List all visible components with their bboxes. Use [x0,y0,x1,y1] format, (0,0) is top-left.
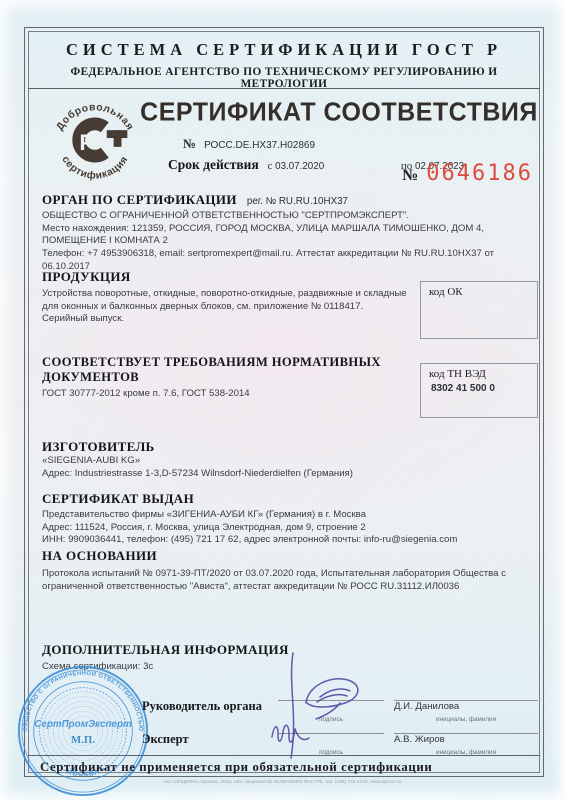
numero-sign: № [183,136,196,151]
expert-name: А.В. Жиров [394,734,445,745]
section-production: ПРОДУКЦИЯ Устройства поворотные, откидны… [42,269,410,326]
head-name-caption: инициалы, фамилия [394,716,538,723]
tnved-code-value: 8302 41 500 0 [421,380,537,394]
rst-logo-icon: Добровольная сертификация Р [46,90,144,190]
masthead-divider [28,88,540,89]
head-name-line [394,700,538,701]
conformity-title: СООТВЕТСТВУЕТ ТРЕБОВАНИЯМ НОРМАТИВНЫХ ДО… [42,355,410,385]
expert-name-line [394,733,538,734]
manufacturer-title: ИЗГОТОВИТЕЛЬ [42,439,538,455]
organ-title: ОРГАН ПО СЕРТИФИКАЦИИ [42,192,237,208]
tnved-code-label: код ТН ВЭД [421,364,537,380]
head-signature-line [278,700,384,701]
section-conformity: СООТВЕТСТВУЕТ ТРЕБОВАНИЯМ НОРМАТИВНЫХ ДО… [42,355,410,401]
additional-title: ДОПОЛНИТЕЛЬНАЯ ИНФОРМАЦИЯ [42,642,538,658]
stamp-org-name: СертПромЭксперт [34,719,132,730]
production-title: ПРОДУКЦИЯ [42,269,410,285]
footer-divider [28,755,540,756]
blank-imprint: АО «ОПЦИОН», Москва, 2018, «В», лицензия… [113,779,452,784]
basis-title: НА ОСНОВАНИИ [42,548,538,564]
section-organ: ОРГАН ПО СЕРТИФИКАЦИИ рег. № RU.RU.10НХ3… [42,192,538,273]
head-sign-caption: подпись [278,716,384,723]
ok-code-box: код ОК [420,281,538,339]
head-role-label: Руководитель органа [142,699,262,714]
from-date: 03.07.2020 [275,161,324,172]
section-basis: НА ОСНОВАНИИ Протокола испытаний № 0971-… [42,548,538,593]
organ-line: Место нахождения: 121359, РОССИЯ, ГОРОД … [42,223,538,248]
blank-number: № 0646186 [402,161,533,186]
tnved-code-box: код ТН ВЭД 8302 41 500 0 [420,363,538,418]
blank-numero-sign: № [402,167,418,185]
footer-note: Сертификат не применяется при обязательн… [40,760,432,775]
issued-to-title: СЕРТИФИКАТ ВЫДАН [42,491,538,507]
section-manufacturer: ИЗГОТОВИТЕЛЬ «SIEGENIA-AUBI KG» Адрес: I… [42,439,538,480]
stamp-mp-label: М.П. [71,734,95,746]
system-line: СИСТЕМА СЕРТИФИКАЦИИ ГОСТ Р [30,40,538,60]
logo-letter-p: Р [79,130,94,155]
reg-number-row: №РОСС.DE.НХ37.Н02869 [183,136,315,152]
validity-label: Срок действия [168,157,259,172]
expert-role-label: Эксперт [142,732,189,747]
head-name: Д.И. Данилова [394,701,459,712]
logo-t-stem [114,130,122,147]
blank-number-digits: 0646186 [426,161,533,186]
manufacturer-line: «SIEGENIA-AUBI KG» [42,455,538,468]
issued-to-line: Представительство фирмы «ЗИГЕНИА-АУБИ КГ… [42,509,538,522]
expert-signature-line [278,733,384,734]
from-label: с [268,160,273,172]
section-issued-to: СЕРТИФИКАТ ВЫДАН Представительство фирмы… [42,491,538,547]
manufacturer-line: Адрес: Industriestrasse 1-3,D-57234 Wiln… [42,468,538,481]
production-text: Устройства поворотные, откидные, поворот… [42,288,410,326]
organ-reg-number: рег. № RU.RU.10НХ37 [247,196,348,207]
agency-line: ФЕДЕРАЛЬНОЕ АГЕНТСТВО ПО ТЕХНИЧЕСКОМУ РЕ… [30,66,538,90]
ok-code-value [421,298,537,301]
ok-code-label: код ОК [421,282,537,298]
issued-to-line: ИНН: 9909036441, телефон: (495) 721 17 6… [42,534,538,547]
issued-to-line: Адрес: 111524, Россия, г. Москва, улица … [42,522,538,535]
conformity-text: ГОСТ 30777-2012 кроме п. 7.6, ГОСТ 538-2… [42,388,410,401]
certificate-title: СЕРТИФИКАТ СООТВЕТСТВИЯ [138,97,540,127]
reg-number: РОСС.DE.НХ37.Н02869 [204,140,315,151]
organ-line: ОБЩЕСТВО С ОГРАНИЧЕННОЙ ОТВЕТСТВЕННОСТЬЮ… [42,210,538,223]
basis-line: Протокола испытаний № 0971-39-ПТ/2020 от… [42,568,538,593]
certificate-page: СИСТЕМА СЕРТИФИКАЦИИ ГОСТ Р ФЕДЕРАЛЬНОЕ … [0,0,565,800]
